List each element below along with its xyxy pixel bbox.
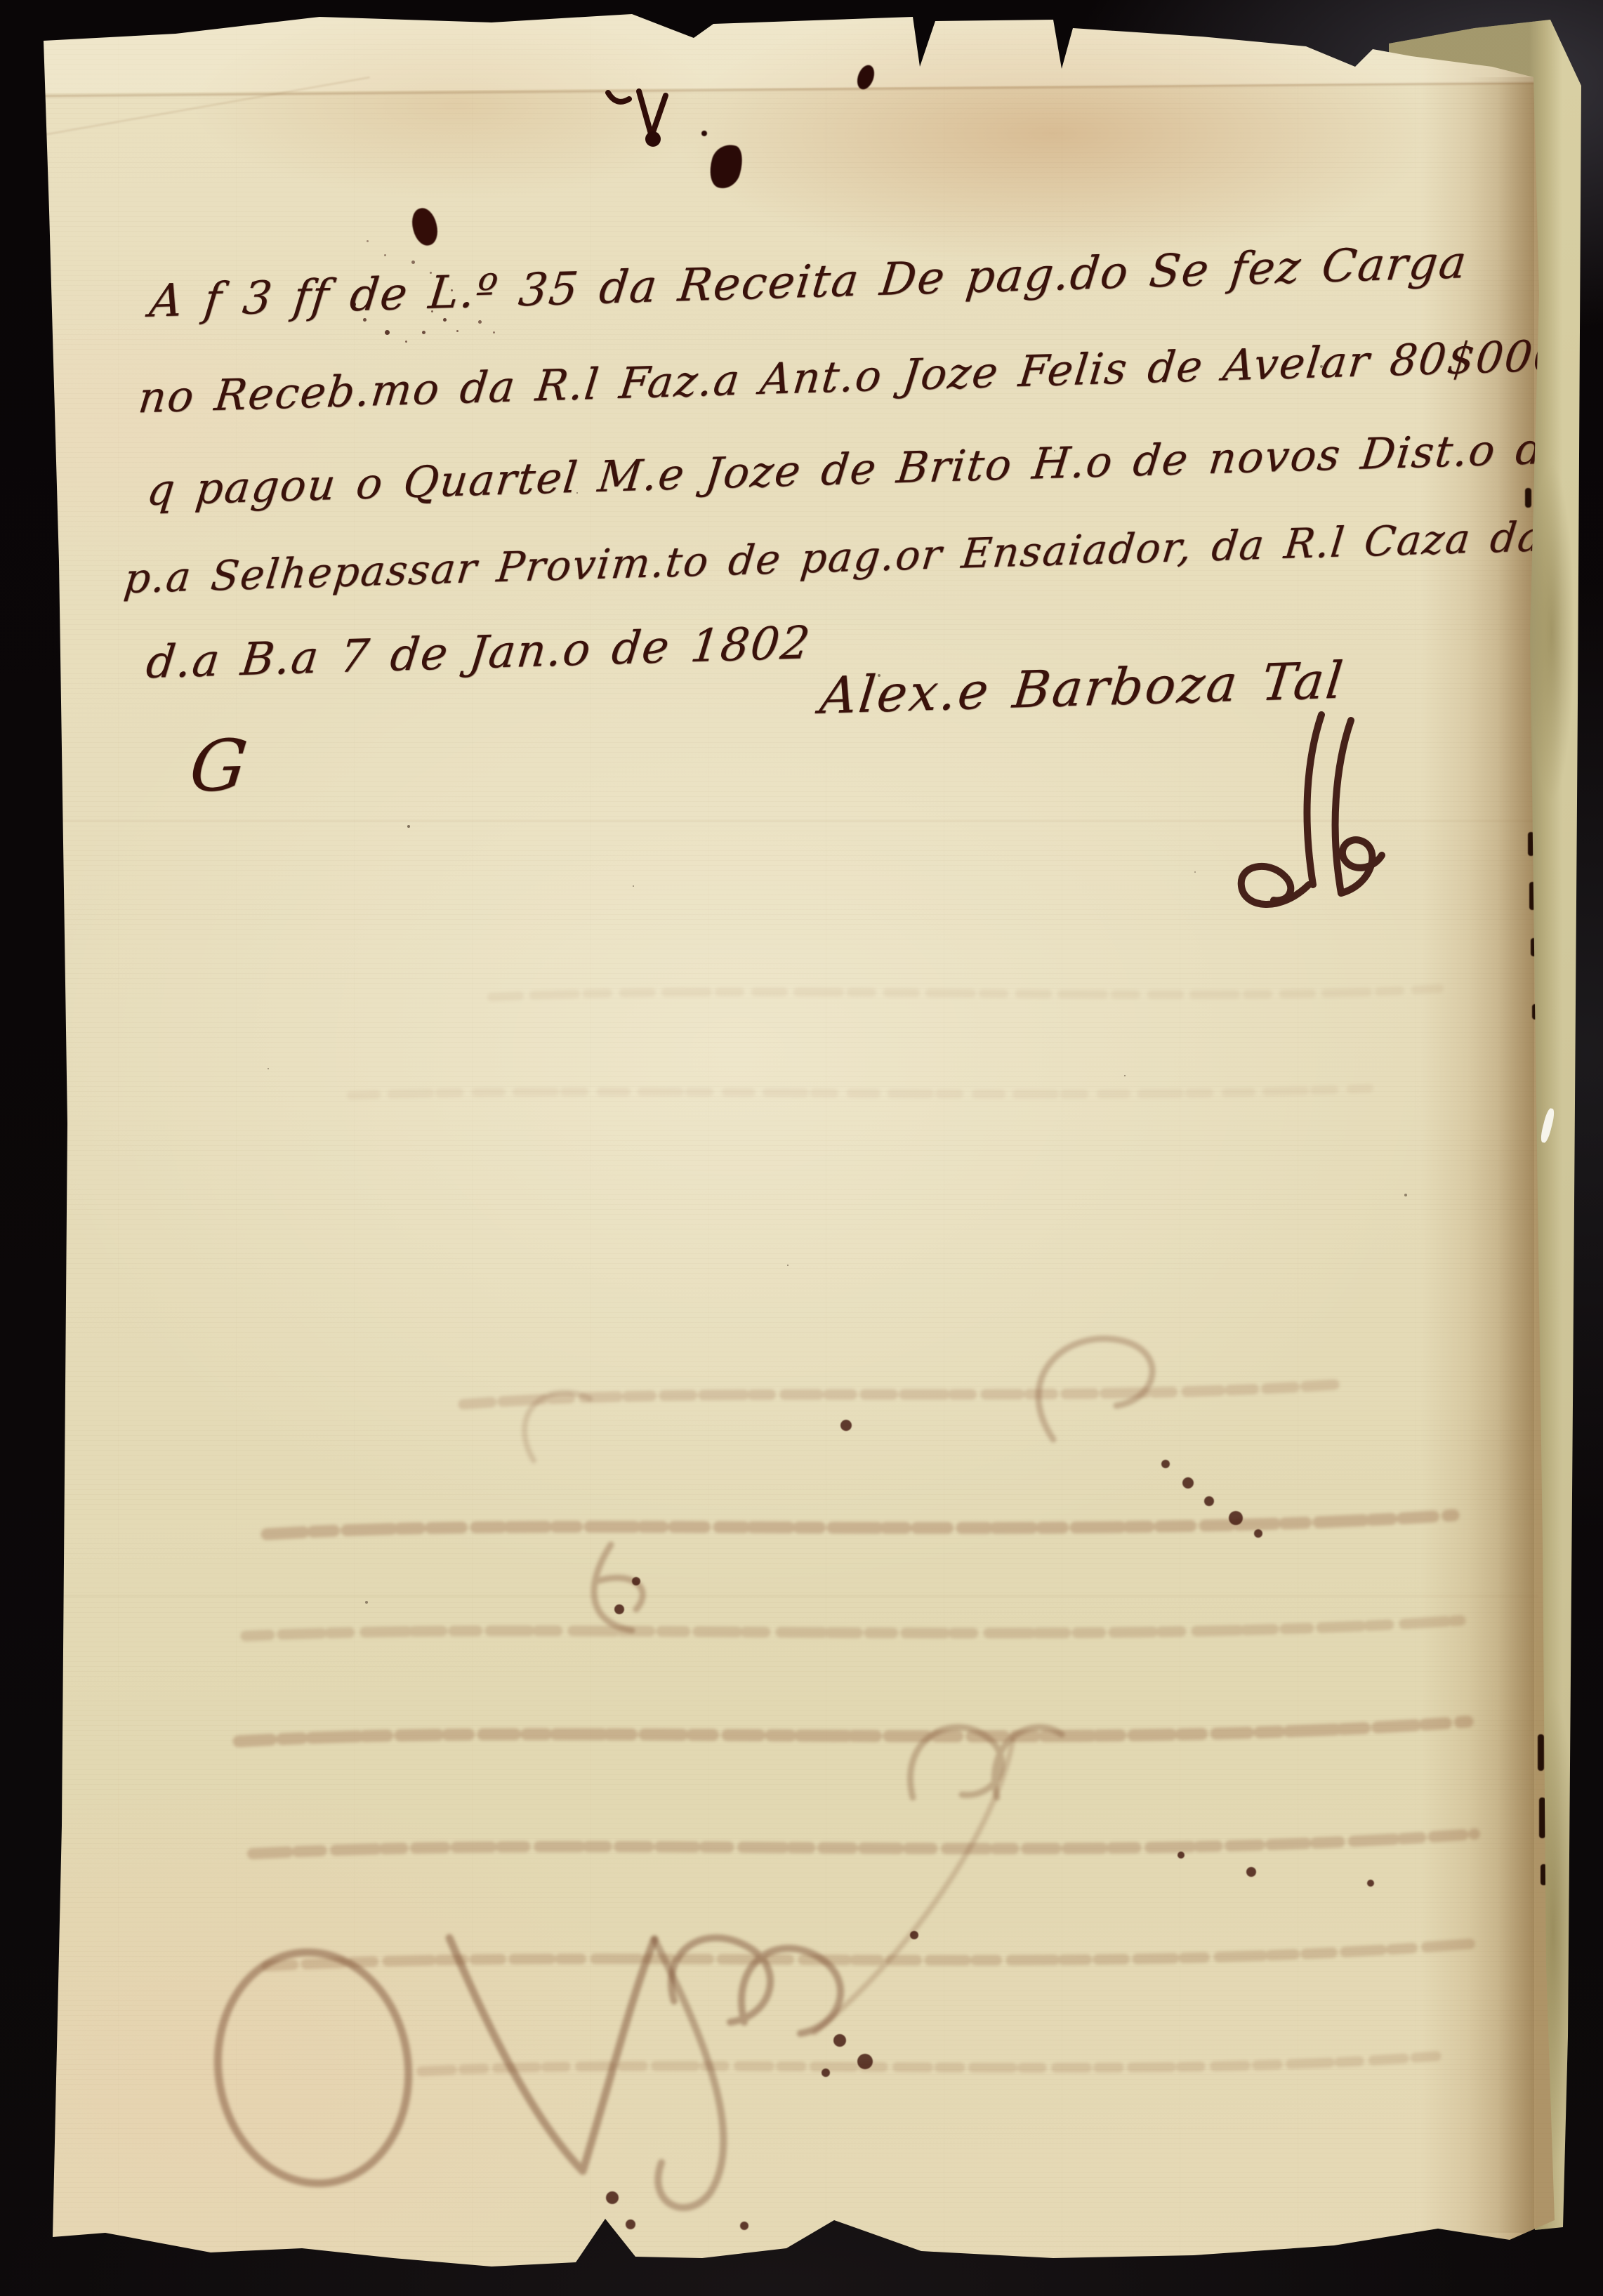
manuscript-page: A f 3 ff de L.º 35 da Receita De pag.do …	[0, 0, 1603, 2296]
photo-backdrop: A f 3 ff de L.º 35 da Receita De pag.do …	[0, 0, 1603, 2296]
signature-rubric-flourish	[1223, 708, 1399, 918]
margin-mark: G	[186, 724, 253, 808]
